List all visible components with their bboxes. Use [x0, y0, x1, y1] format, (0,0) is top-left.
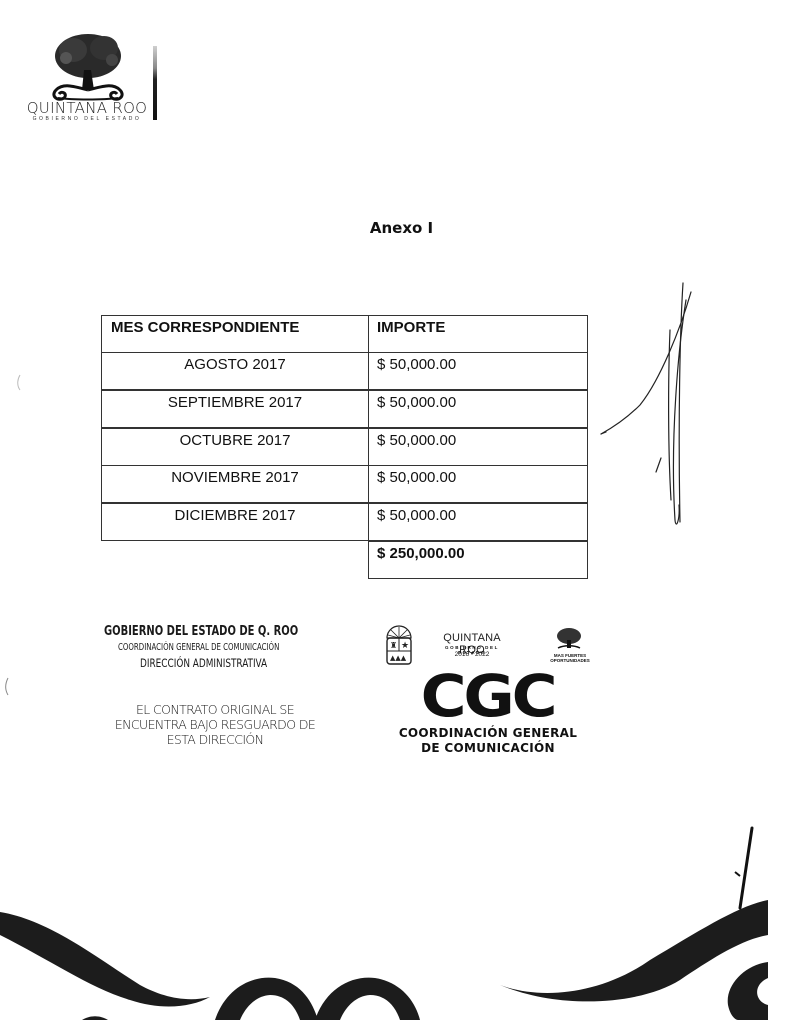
- svg-text:♜: ♜: [390, 641, 397, 650]
- cgc-logo-acronym: CGC: [420, 666, 555, 726]
- total-cell: $ 250,000.00: [368, 541, 588, 579]
- contract-note: EL CONTRATO ORIGINAL SE ENCUENTRA BAJO R…: [110, 702, 320, 747]
- header-month: MES CORRESPONDIENTE: [101, 315, 369, 353]
- header-amount: IMPORTE: [368, 315, 588, 353]
- month-cell: NOVIEMBRE 2017: [101, 465, 369, 503]
- qr-logo-years: 2016 • 2022: [432, 651, 512, 658]
- svg-text:★: ★: [401, 641, 409, 651]
- month-cell: AGOSTO 2017: [101, 352, 369, 390]
- month-cell: OCTUBRE 2017: [101, 428, 369, 466]
- amount-cell: $ 50,000.00: [368, 465, 588, 503]
- logo-subtitle: GOBIERNO DEL ESTADO: [22, 116, 152, 122]
- logo-divider-bar: [153, 46, 157, 120]
- document-title: Anexo I: [0, 219, 793, 237]
- svg-text:▲▲▲: ▲▲▲: [390, 654, 407, 662]
- amount-cell: $ 50,000.00: [368, 352, 588, 390]
- month-cell: DICIEMBRE 2017: [101, 503, 369, 541]
- stamp-line-direction: DIRECCIÓN ADMINISTRATIVA: [140, 656, 267, 670]
- logo-title: QUINTANA ROO: [22, 99, 152, 117]
- stamp-line-government: GOBIERNO DEL ESTADO DE Q. ROO: [104, 623, 325, 639]
- coat-of-arms-icon: ♜ ★ ▲▲▲: [384, 624, 414, 666]
- amount-cell: $ 50,000.00: [368, 390, 588, 428]
- stamp-line-coordination: COORDINACIÓN GENERAL DE COMUNICACIÓN: [118, 642, 279, 653]
- month-cell: SEPTIEMBRE 2017: [101, 390, 369, 428]
- tree-emblem-small-icon: [552, 626, 586, 654]
- amount-cell: $ 50,000.00: [368, 503, 588, 541]
- cgc-logo-line2: DE COMUNICACIÓN: [398, 741, 578, 755]
- cgc-logo-line1: COORDINACIÓN GENERAL: [398, 726, 578, 740]
- amount-cell: $ 50,000.00: [368, 428, 588, 466]
